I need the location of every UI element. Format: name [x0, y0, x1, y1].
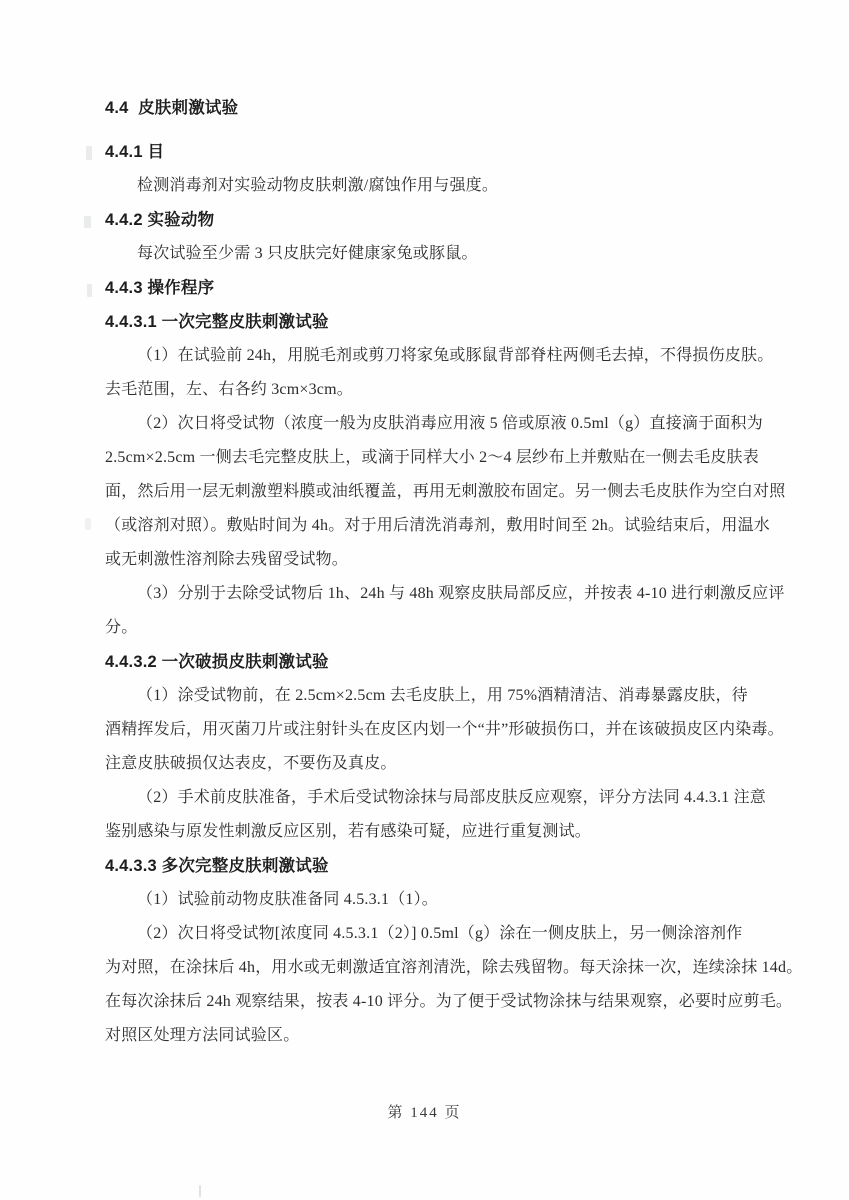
- paragraph-line: 每次试验至少需 3 只皮肤完好健康家兔或豚鼠。: [105, 237, 745, 271]
- paragraph-line: 注意皮肤破损仅达表皮，不要伤及真皮。: [105, 747, 745, 781]
- paragraph-line: （1）在试验前 24h，用脱毛剂或剪刀将家兔或豚鼠背部脊柱两侧毛去掉，不得损伤皮…: [105, 339, 745, 373]
- paragraph-line: 酒精挥发后，用灭菌刀片或注射针头在皮区内划一个“井”形破损伤口，并在该破损皮区内…: [105, 713, 745, 747]
- paragraph-line: 或无刺激性溶剂除去残留受试物。: [105, 543, 745, 577]
- scan-artifact: [86, 146, 92, 160]
- paragraph-line: 分。: [105, 611, 745, 645]
- page-number: 第 144 页: [0, 1096, 849, 1130]
- paragraph-line: 对照区处理方法同试验区。: [105, 1019, 745, 1053]
- paragraph-line: 面，然后用一层无刺激塑料膜或油纸覆盖，再用无刺激胶布固定。另一侧去毛皮肤作为空白…: [105, 475, 745, 509]
- section-heading-4-4-2: 4.4.2 实验动物: [105, 203, 745, 237]
- document-page: 4.4 皮肤刺激试验 4.4.1 目 检测消毒剂对实验动物皮肤刺激/腐蚀作用与强…: [0, 0, 849, 1200]
- section-heading-4-4-3: 4.4.3 操作程序: [105, 271, 745, 305]
- paragraph-line: 在每次涂抹后 24h 观察结果，按表 4-10 评分。为了便于受试物涂抹与结果观…: [105, 985, 745, 1019]
- paragraph-line: 检测消毒剂对实验动物皮肤刺激/腐蚀作用与强度。: [105, 169, 745, 203]
- paragraph-line: （2）手术前皮肤准备，手术后受试物涂抹与局部皮肤反应观察，评分方法同 4.4.3…: [105, 781, 745, 815]
- scan-artifact: [87, 284, 92, 297]
- document-content: 4.4 皮肤刺激试验 4.4.1 目 检测消毒剂对实验动物皮肤刺激/腐蚀作用与强…: [105, 91, 745, 1053]
- paragraph-line: 去毛范围，左、右各约 3cm×3cm。: [105, 373, 745, 407]
- paragraph-line: （2）次日将受试物[浓度同 4.5.3.1（2）] 0.5ml（g）涂在一侧皮肤…: [105, 917, 745, 951]
- scan-artifact: [85, 518, 91, 530]
- paragraph-line: （2）次日将受试物（浓度一般为皮肤消毒应用液 5 倍或原液 0.5ml（g）直接…: [105, 407, 745, 441]
- section-heading-4-4-3-3: 4.4.3.3 多次完整皮肤刺激试验: [105, 849, 745, 883]
- scan-artifact: [199, 1185, 201, 1197]
- section-heading-4-4-1: 4.4.1 目: [105, 135, 745, 169]
- section-heading-4-4-3-2: 4.4.3.2 一次破损皮肤刺激试验: [105, 645, 745, 679]
- paragraph-line: 为对照，在涂抹后 4h，用水或无刺激适宜溶剂清洗，除去残留物。每天涂抹一次，连续…: [105, 951, 745, 985]
- paragraph-line: 鉴别感染与原发性刺激反应区别，若有感染可疑，应进行重复测试。: [105, 815, 745, 849]
- paragraph-line: （1）涂受试物前，在 2.5cm×2.5cm 去毛皮肤上，用 75%酒精清洁、消…: [105, 679, 745, 713]
- scan-artifact: [84, 216, 91, 228]
- paragraph-line: 2.5cm×2.5cm 一侧去毛完整皮肤上，或滴于同样大小 2～4 层纱布上并敷…: [105, 441, 745, 475]
- section-heading-4-4: 4.4 皮肤刺激试验: [105, 91, 745, 125]
- section-heading-4-4-3-1: 4.4.3.1 一次完整皮肤刺激试验: [105, 305, 745, 339]
- paragraph-line: （3）分别于去除受试物后 1h、24h 与 48h 观察皮肤局部反应，并按表 4…: [105, 577, 745, 611]
- paragraph-line: （1）试验前动物皮肤准备同 4.5.3.1（1）。: [105, 883, 745, 917]
- paragraph-line: （或溶剂对照）。敷贴时间为 4h。对于用后清洗消毒剂，敷用时间至 2h。试验结束…: [105, 509, 745, 543]
